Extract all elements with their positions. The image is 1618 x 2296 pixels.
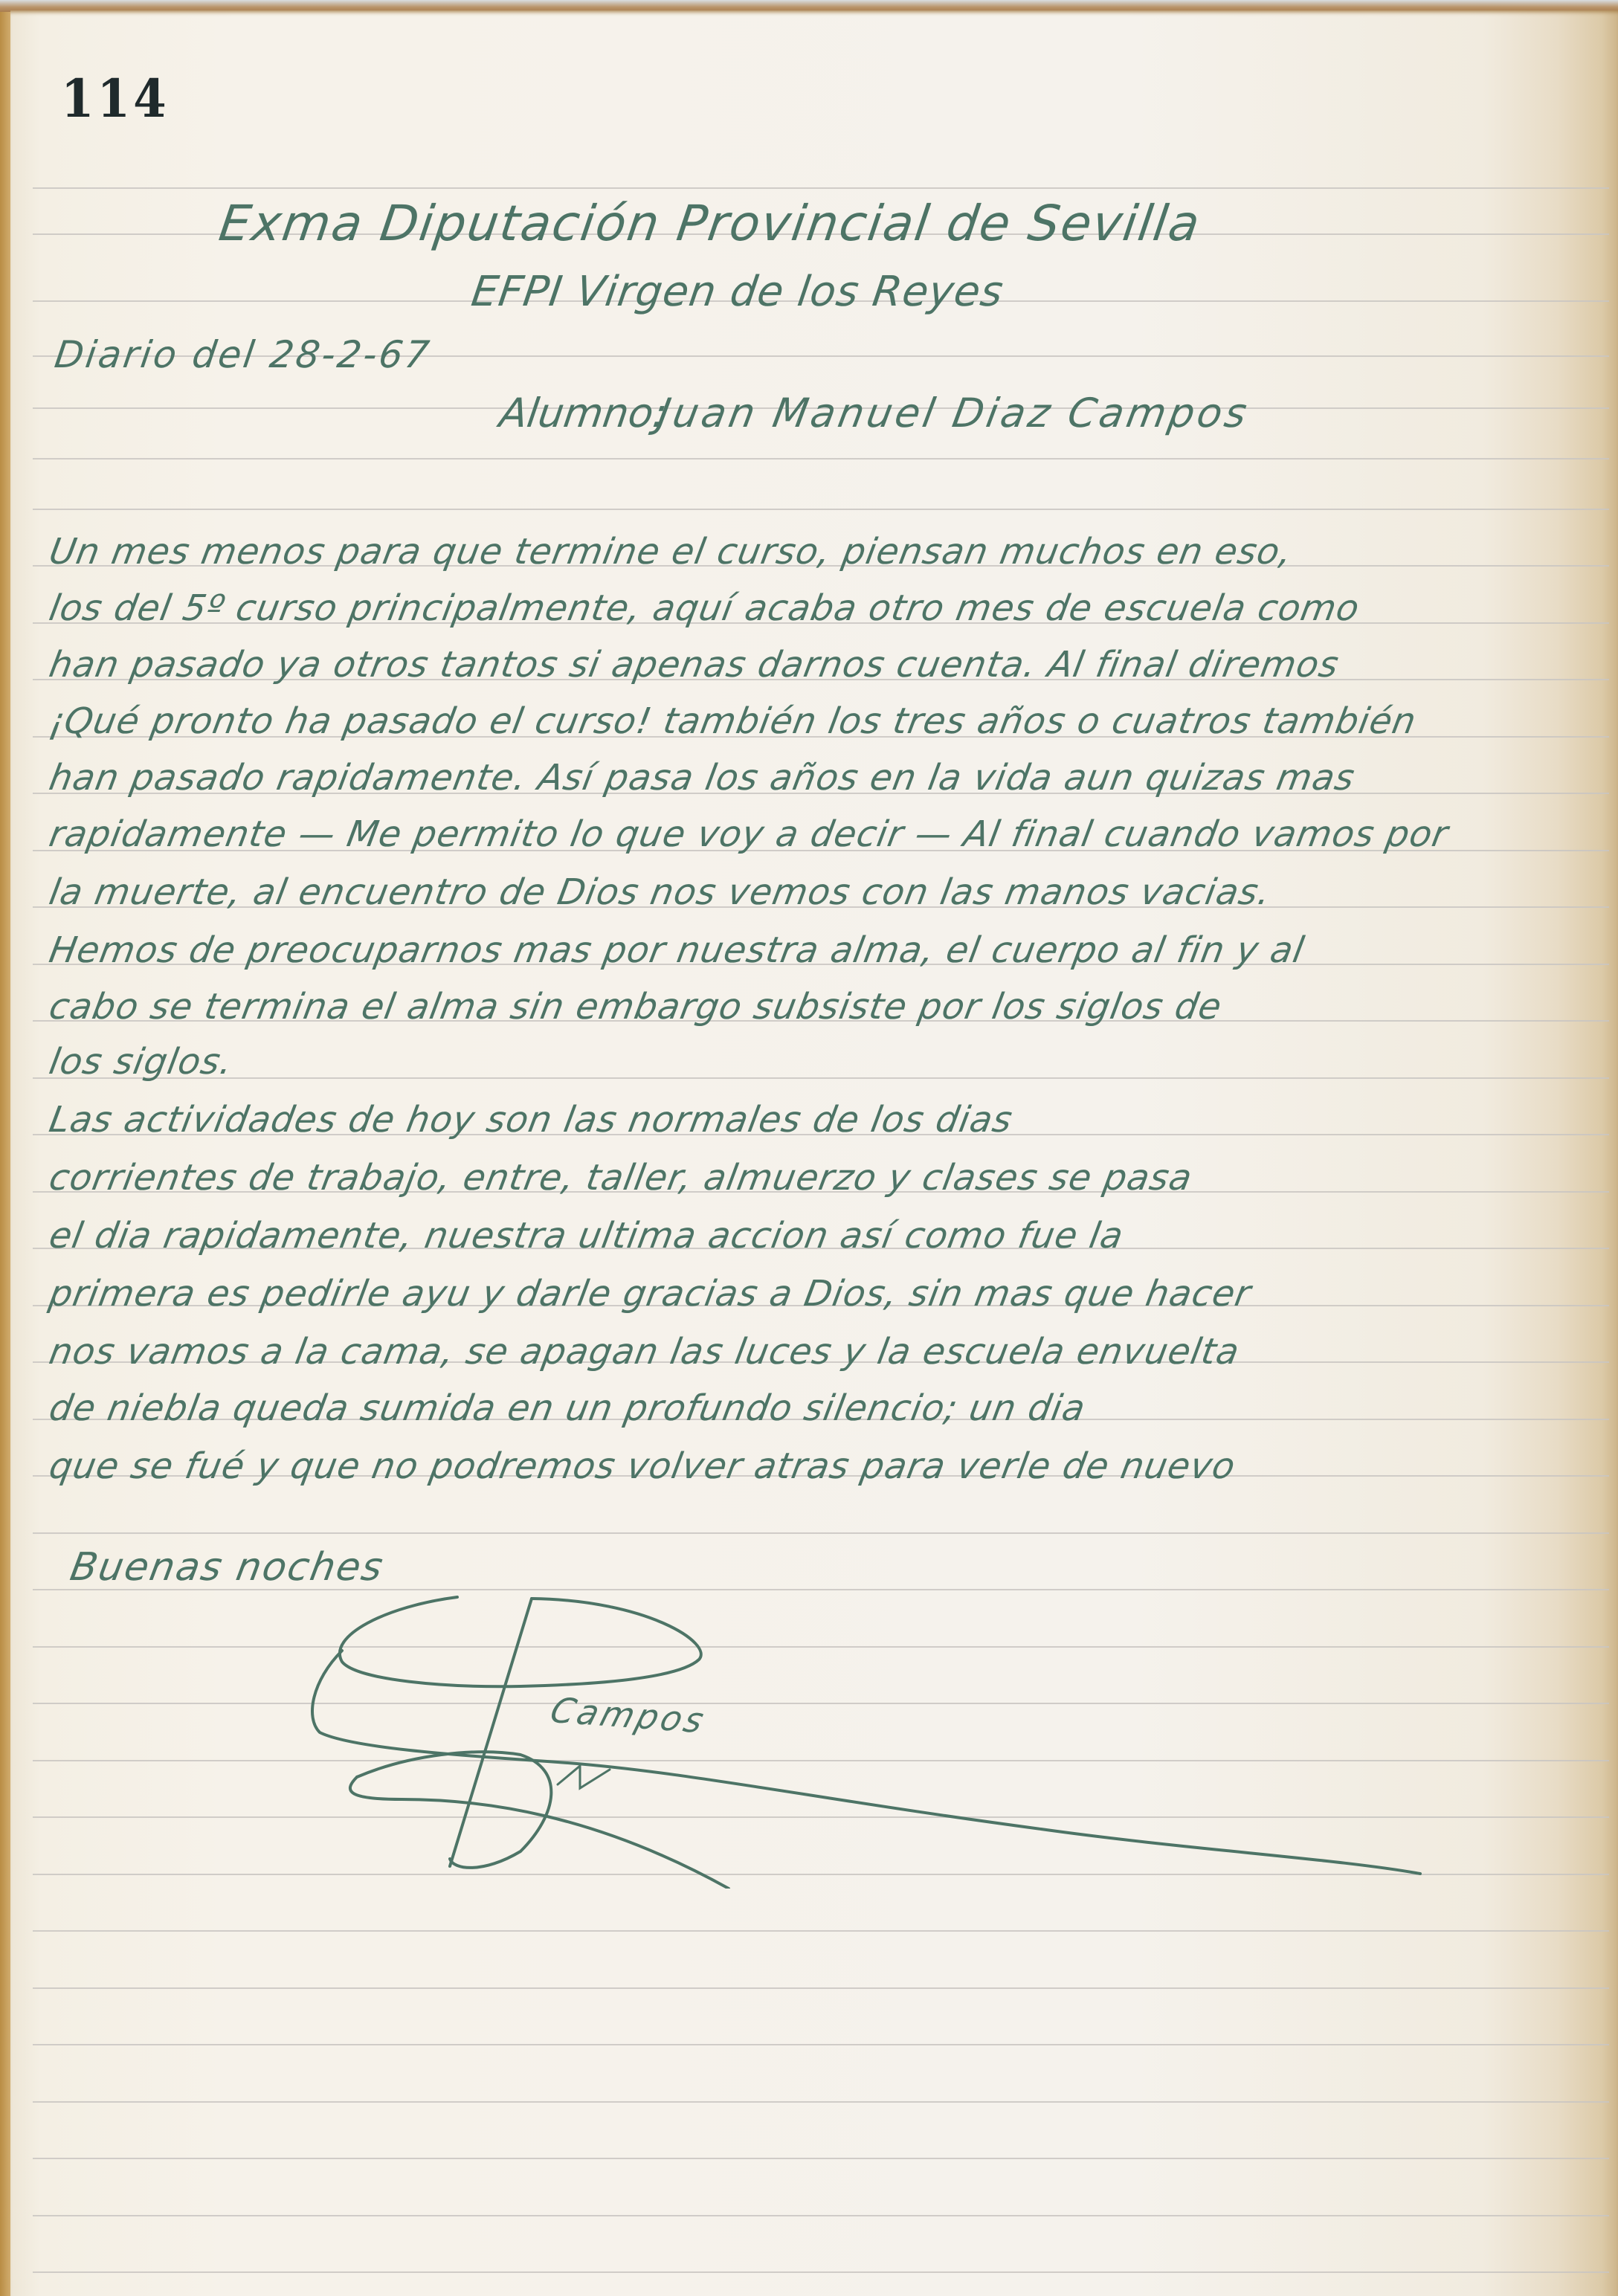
body-line: han pasado rapidamente. Así pasa los año…: [46, 757, 1358, 799]
diary-date: Diario del 28-2-67: [52, 333, 434, 376]
signature-flourish-icon: [297, 1576, 1457, 1889]
body-line: primera es pedirle ayu y darle gracias a…: [46, 1273, 1254, 1315]
body-line: Un mes menos para que termine el curso, …: [46, 531, 1295, 573]
ruled-line: [33, 1077, 1609, 1079]
ruled-line: [33, 509, 1609, 510]
body-line: el dia rapidamente, nuestra ultima accio…: [46, 1215, 1127, 1257]
body-line: que se fué y que no podremos volver atra…: [46, 1445, 1239, 1487]
body-line: han pasado ya otros tantos si apenas dar…: [46, 644, 1342, 686]
body-line: rapidamente — Me permito lo que voy a de…: [46, 813, 1451, 855]
ruled-line: [33, 1930, 1609, 1932]
student-name: Juan Manuel Diaz Campos: [654, 390, 1253, 436]
body-line: los siglos.: [46, 1041, 236, 1083]
body-line: de niebla queda sumida en un profundo si…: [46, 1387, 1089, 1429]
ruled-line: [33, 2215, 1609, 2216]
body-line: cabo se termina el alma sin embargo subs…: [46, 986, 1225, 1028]
signature: [297, 1576, 1457, 1889]
body-line: los del 5º curso principalmente, aquí ac…: [46, 587, 1363, 629]
body-line: ¡Qué pronto ha pasado el curso! también …: [46, 700, 1419, 742]
ruled-line: [33, 2158, 1609, 2159]
body-line: nos vamos a la cama, se apagan las luces…: [46, 1331, 1242, 1373]
body-line: corrientes de trabajo, entre, taller, al…: [46, 1157, 1196, 1199]
ruled-line: [33, 2271, 1609, 2273]
page-number: 114: [61, 68, 170, 130]
ruled-line: [33, 187, 1609, 189]
ruled-line: [33, 2101, 1609, 2103]
ruled-line: [33, 1987, 1609, 1989]
body-line: Las actividades de hoy son las normales …: [46, 1099, 1016, 1141]
ruled-line: [33, 458, 1609, 459]
ruled-line: [33, 2044, 1609, 2045]
student-label: Alumno:: [497, 390, 670, 436]
body-line: Hemos de preocuparnos mas por nuestra al…: [46, 929, 1308, 971]
body-line: la muerte, al encuentro de Dios nos vemo…: [46, 871, 1274, 913]
school-heading: EFPI Virgen de los Reyes: [468, 268, 1007, 316]
ruled-line: [33, 1532, 1609, 1534]
institution-heading: Exma Diputación Provincial de Sevilla: [216, 195, 1205, 252]
